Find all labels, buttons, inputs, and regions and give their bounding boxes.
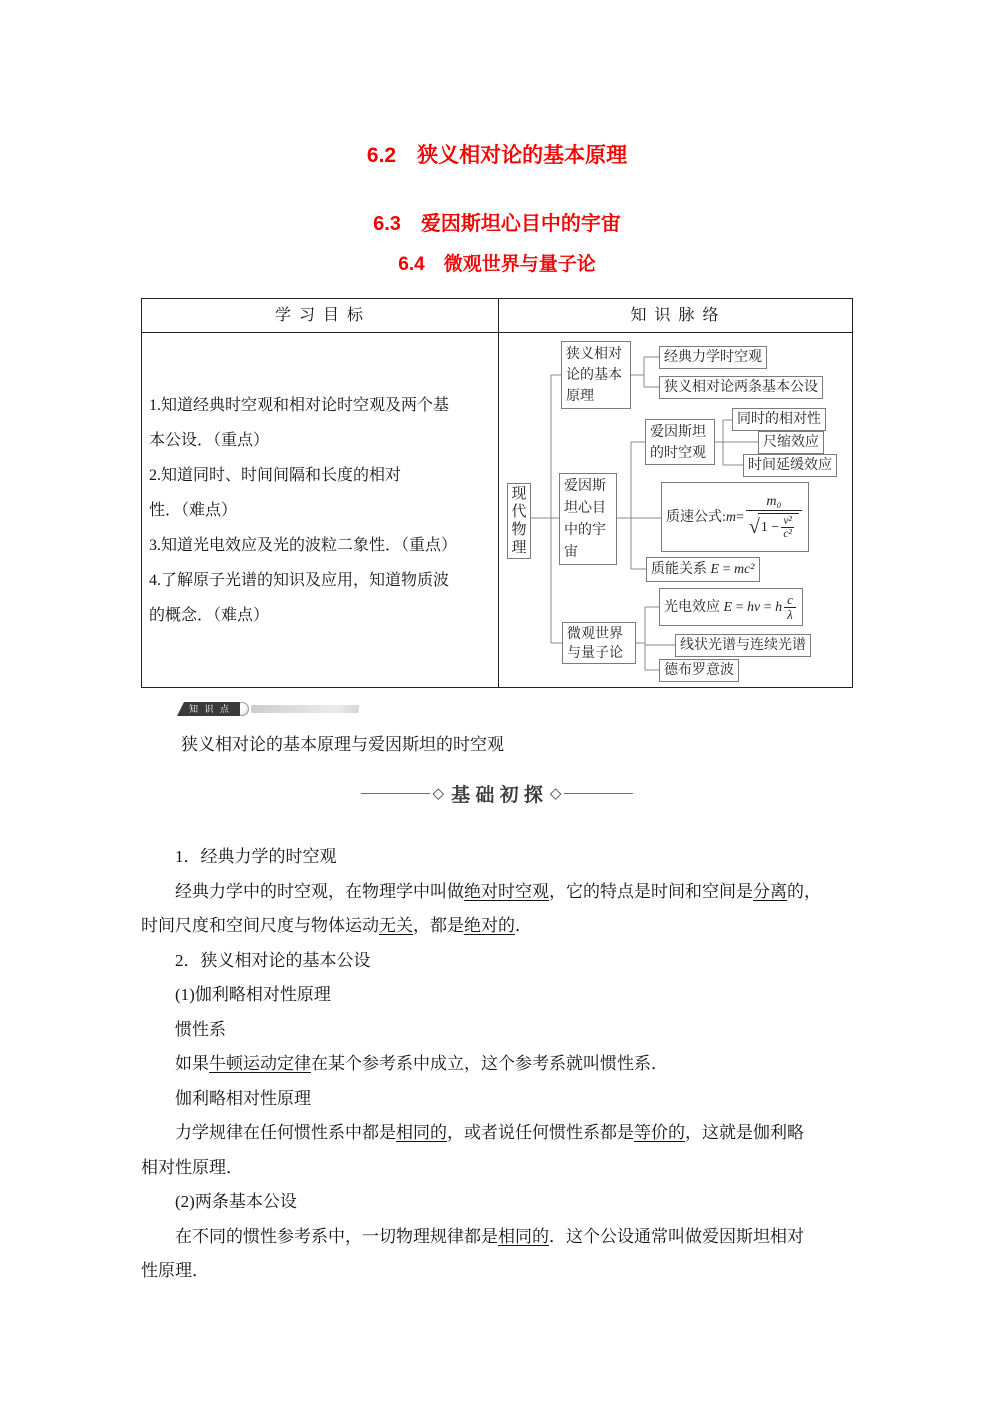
section-heading-6-2: 6.2 狭义相对论的基本原理 xyxy=(141,143,853,169)
node-line-spectrum: 线状光谱与连续光谱 xyxy=(675,634,811,657)
formula-var-m: m xyxy=(726,509,736,526)
mass-energy-text: 质能关系 E = mc² xyxy=(651,561,755,578)
knowledge-point-badge-label: 知 识 点 xyxy=(177,702,240,716)
node-special-relativity-principles: 狭义相对论的基本原理 xyxy=(561,341,631,409)
node-classical-spacetime: 经典力学时空观 xyxy=(659,346,767,369)
knowledge-network-header: 知 识 脉 络 xyxy=(499,299,852,333)
section-divider: ◇ 基 础 初 探 ◇ xyxy=(141,780,853,807)
c-lambda-fraction: cλ xyxy=(784,593,796,622)
node-time-dilation: 时间延缓效应 xyxy=(743,454,837,477)
node-einstein-spacetime: 爱因斯坦的时空观 xyxy=(645,419,715,465)
paragraph-5: 惯性系 xyxy=(141,1013,853,1048)
page-content: 6.2 狭义相对论的基本原理 6.3 爱因斯坦心目中的宇宙 6.4 微观世界与量… xyxy=(141,0,853,1289)
learning-objectives-header: 学 习 目 标 xyxy=(142,299,498,333)
section-heading-6-4: 6.4 微观世界与量子论 xyxy=(141,253,853,277)
node-simultaneity: 同时的相对性 xyxy=(732,408,826,431)
formula-prefix: 质速公式: xyxy=(666,509,726,526)
knowledge-network-column: 知 识 脉 络 现代物理 狭义相对论的基本原理 爱因斯坦心目中的宇宙 微观世界与… xyxy=(499,299,852,687)
learning-objectives-column: 学 习 目 标 1.知道经典时空观和相对论时空观及两个基 本公设．（重点） 2.… xyxy=(142,299,499,687)
learning-objectives-list: 1.知道经典时空观和相对论时空观及两个基 本公设．（重点） 2.知道同时、时间间… xyxy=(142,333,498,687)
node-length-contraction: 尺缩效应 xyxy=(758,431,824,454)
paragraph-9: (2)两条基本公设 xyxy=(141,1185,853,1220)
divider-line-left xyxy=(361,793,430,794)
node-two-postulates: 狭义相对论两条基本公设 xyxy=(659,376,823,399)
node-mass-speed-formula: 质速公式:m = m₀√1 − v²c² xyxy=(661,482,809,552)
radicand: 1 − v²c² xyxy=(758,513,799,540)
objective-item-3: 3.知道光电效应及光的波粒二象性．（重点） xyxy=(149,528,491,563)
paragraph-8: 力学规律在任何惯性系中都是相同的，或者说任何惯性系都是等价的，这就是伽利略 相对… xyxy=(141,1116,853,1185)
node-einstein-universe: 爱因斯坦心目中的宇宙 xyxy=(559,473,617,565)
diamond-icon-right: ◇ xyxy=(550,784,562,803)
badge-bar xyxy=(251,705,359,713)
node-photoelectric-formula: 光电效应 E = hν = hcλ xyxy=(659,588,803,626)
frac-lambda: λ xyxy=(784,607,796,622)
divider-label: 基 础 初 探 xyxy=(451,780,543,807)
paragraph-6: 如果牛顿运动定律在某个参考系中成立，这个参考系就叫惯性系． xyxy=(141,1047,853,1082)
knowledge-map: 现代物理 狭义相对论的基本原理 爱因斯坦心目中的宇宙 微观世界与量子论 经典力学… xyxy=(499,333,852,687)
v-squared: v² xyxy=(781,515,794,527)
radicand-one-minus: 1 − xyxy=(761,519,779,536)
fraction-numerator: m₀ xyxy=(762,494,785,510)
paragraph-4: (1)伽利略相对性原理 xyxy=(141,978,853,1013)
frac-c: c xyxy=(784,593,796,607)
section-heading-6-3: 6.3 爱因斯坦心目中的宇宙 xyxy=(141,212,853,237)
fraction-denominator: √1 − v²c² xyxy=(746,510,802,540)
paragraph-1: 1．经典力学的时空观 xyxy=(141,840,853,875)
paragraph-10: 在不同的惯性参考系中，一切物理规律都是相同的．这个公设通常叫做爱因斯坦相对 性原… xyxy=(141,1220,853,1289)
document-page: 6.2 狭义相对论的基本原理 6.3 爱因斯坦心目中的宇宙 6.4 微观世界与量… xyxy=(0,0,993,1404)
node-micro-quantum: 微观世界与量子论 xyxy=(562,622,636,664)
paragraph-2: 经典力学中的时空观，在物理学中叫做绝对时空观，它的特点是时间和空间是分离的， 时… xyxy=(141,875,853,944)
divider-line-right xyxy=(564,793,633,794)
paragraph-7: 伽利略相对性原理 xyxy=(141,1082,853,1117)
objective-item-2: 2.知道同时、时间间隔和长度的相对 性．（难点） xyxy=(149,458,491,528)
node-de-broglie: 德布罗意波 xyxy=(659,659,739,682)
mass-speed-fraction: m₀√1 − v²c² xyxy=(746,494,802,540)
paragraph-3: 2．狭义相对论的基本公设 xyxy=(141,944,853,979)
objective-item-4: 4.了解原子光谱的知识及应用，知道物质波 的概念．（难点） xyxy=(149,563,491,633)
node-mass-energy: 质能关系 E = mc² xyxy=(646,557,760,582)
node-modern-physics: 现代物理 xyxy=(507,483,531,559)
photoelectric-text: 光电效应 E = hν = h xyxy=(664,599,782,616)
diamond-icon-left: ◇ xyxy=(433,784,445,803)
v2-c2-fraction: v²c² xyxy=(781,515,794,540)
knowledge-point-title: 狭义相对论的基本原理与爱因斯坦的时空观 xyxy=(181,730,853,755)
c-squared: c² xyxy=(781,527,794,540)
objective-item-1: 1.知道经典时空观和相对论时空观及两个基 本公设．（重点） xyxy=(149,388,491,458)
formula-equals: = xyxy=(736,509,744,526)
objectives-knowledge-table: 学 习 目 标 1.知道经典时空观和相对论时空观及两个基 本公设．（重点） 2.… xyxy=(141,298,853,688)
knowledge-point-badge: 知 识 点 xyxy=(177,701,853,717)
body-text: 1．经典力学的时空观 经典力学中的时空观，在物理学中叫做绝对时空观，它的特点是时… xyxy=(141,840,853,1289)
